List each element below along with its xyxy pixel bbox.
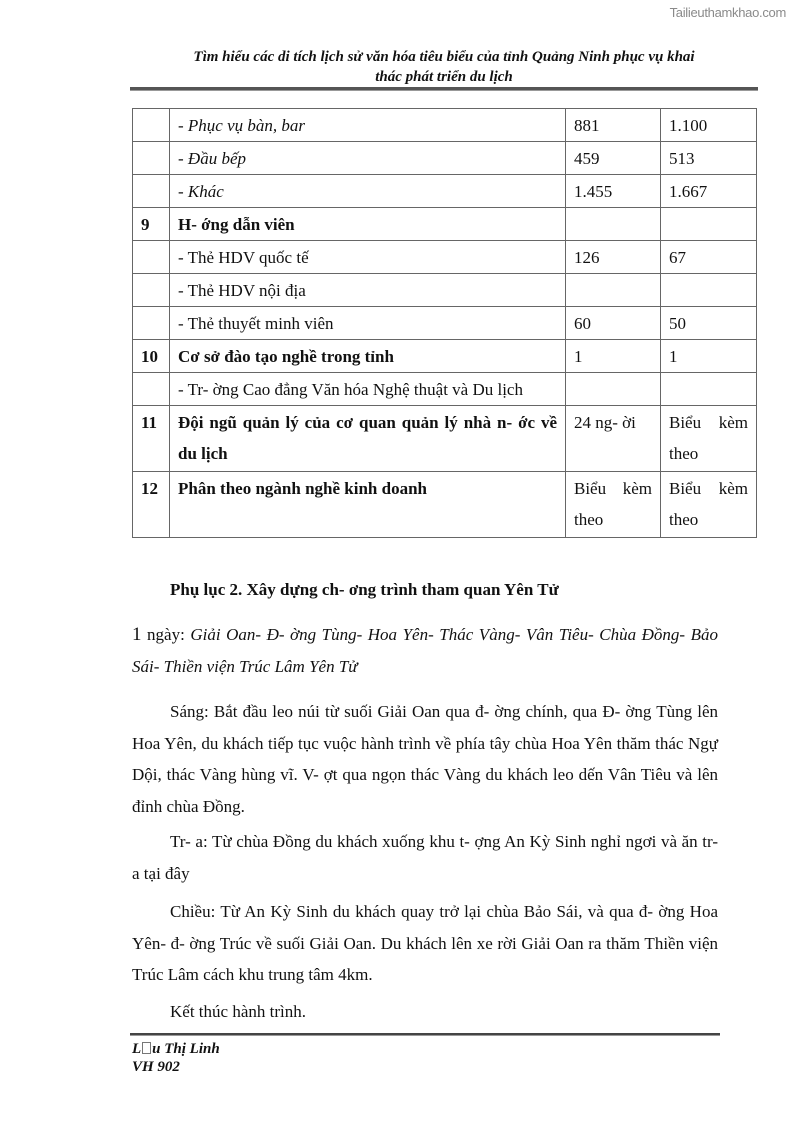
table-row: 9H- ớng dẫn viên: [133, 208, 757, 241]
row-value1-cell: 24 ng- ời: [566, 406, 661, 472]
row-item-cell: - Thẻ HDV quốc tế: [170, 241, 566, 274]
row-item-cell: - Phục vụ bàn, bar: [170, 109, 566, 142]
row-item-cell: Phân theo ngành nghề kinh doanh: [170, 472, 566, 538]
row-value1-cell: [566, 208, 661, 241]
route-text: Giải Oan- Đ- ờng Tùng- Hoa Yên- Thác Vàn…: [132, 625, 718, 676]
row-number-cell: [133, 175, 170, 208]
row-value2-cell: [661, 373, 757, 406]
header-divider: [130, 87, 758, 91]
paragraph-end: Kết thúc hành trình.: [132, 996, 718, 1028]
row-item-cell: - Khác: [170, 175, 566, 208]
row-value1-cell: [566, 373, 661, 406]
paragraph-end-text: Kết thúc hành trình.: [170, 1002, 306, 1021]
itinerary-route: 1 ngày: Giải Oan- Đ- ờng Tùng- Hoa Yên- …: [132, 619, 718, 682]
missing-glyph-icon: [142, 1042, 151, 1054]
row-number-cell: 11: [133, 406, 170, 472]
row-number-cell: 10: [133, 340, 170, 373]
table-row: - Thẻ HDV quốc tế12667: [133, 241, 757, 274]
table-row: - Đầu bếp459513: [133, 142, 757, 175]
table-row: - Thẻ thuyết minh viên6050: [133, 307, 757, 340]
row-value1-cell: Biểu kèm theo: [566, 472, 661, 538]
footer-author: Lu Thị Linh VH 902: [132, 1040, 220, 1076]
row-value1-cell: 459: [566, 142, 661, 175]
row-value2-cell: 513: [661, 142, 757, 175]
row-value1-cell: 60: [566, 307, 661, 340]
row-item-cell: - Tr- ờng Cao đẳng Văn hóa Nghệ thuật và…: [170, 373, 566, 406]
section-heading: Phụ lục 2. Xây dựng ch- ơng trình tham q…: [170, 580, 559, 600]
watermark: Tailieuthamkhao.com: [670, 5, 786, 20]
table-row: - Thẻ HDV nội địa: [133, 274, 757, 307]
row-value2-cell: 1: [661, 340, 757, 373]
table-row: - Tr- ờng Cao đẳng Văn hóa Nghệ thuật và…: [133, 373, 757, 406]
row-number-cell: [133, 307, 170, 340]
row-number-cell: [133, 274, 170, 307]
paragraph-morning: Sáng: Bắt đầu leo núi từ suối Giải Oan q…: [132, 696, 718, 822]
row-item-cell: Cơ sở đào tạo nghề trong tỉnh: [170, 340, 566, 373]
page-header-title: Tìm hiểu các di tích lịch sử văn hóa tiê…: [130, 47, 758, 87]
row-number-cell: 12: [133, 472, 170, 538]
footer-divider: [130, 1033, 720, 1036]
row-item-cell: H- ớng dẫn viên: [170, 208, 566, 241]
row-value2-cell: Biểu kèm theo: [661, 406, 757, 472]
paragraph-noon: Tr- a: Từ chùa Đồng du khách xuống khu t…: [132, 826, 718, 889]
paragraph-noon-text: Tr- a: Từ chùa Đồng du khách xuống khu t…: [132, 832, 718, 883]
row-value2-cell: [661, 274, 757, 307]
row-number-cell: [133, 109, 170, 142]
table-row: 12Phân theo ngành nghề kinh doanhBiểu kè…: [133, 472, 757, 538]
paragraph-afternoon: Chiều: Từ An Kỳ Sinh du khách quay trở l…: [132, 896, 718, 991]
table-row: 10Cơ sở đào tạo nghề trong tỉnh11: [133, 340, 757, 373]
table-row: - Khác1.4551.667: [133, 175, 757, 208]
row-value1-cell: 881: [566, 109, 661, 142]
author-class: VH 902: [132, 1058, 220, 1076]
row-value2-cell: 67: [661, 241, 757, 274]
table-row: 11Đội ngũ quản lý của cơ quan quản lý nh…: [133, 406, 757, 472]
row-number-cell: 9: [133, 208, 170, 241]
paragraph-afternoon-text: Chiều: Từ An Kỳ Sinh du khách quay trở l…: [132, 902, 718, 984]
row-value2-cell: Biểu kèm theo: [661, 472, 757, 538]
row-value2-cell: 50: [661, 307, 757, 340]
header-title-line1: Tìm hiểu các di tích lịch sử văn hóa tiê…: [130, 47, 758, 67]
header-title-line2: thác phát triển du lịch: [130, 67, 758, 87]
author-name: Lu Thị Linh: [132, 1040, 220, 1058]
paragraph-morning-text: Sáng: Bắt đầu leo núi từ suối Giải Oan q…: [132, 702, 718, 816]
row-value1-cell: 1.455: [566, 175, 661, 208]
row-item-cell: - Thẻ HDV nội địa: [170, 274, 566, 307]
row-number-cell: [133, 142, 170, 175]
row-value2-cell: 1.100: [661, 109, 757, 142]
row-number-cell: [133, 373, 170, 406]
day-count: 1: [132, 624, 142, 645]
row-item-cell: Đội ngũ quản lý của cơ quan quản lý nhà …: [170, 406, 566, 472]
row-value1-cell: 126: [566, 241, 661, 274]
table-row: - Phục vụ bàn, bar8811.100: [133, 109, 757, 142]
row-value1-cell: [566, 274, 661, 307]
row-value2-cell: [661, 208, 757, 241]
row-number-cell: [133, 241, 170, 274]
row-value1-cell: 1: [566, 340, 661, 373]
day-label: ngày:: [142, 625, 191, 644]
row-value2-cell: 1.667: [661, 175, 757, 208]
statistics-table: - Phục vụ bàn, bar8811.100- Đầu bếp45951…: [132, 108, 757, 538]
row-item-cell: - Thẻ thuyết minh viên: [170, 307, 566, 340]
row-item-cell: - Đầu bếp: [170, 142, 566, 175]
